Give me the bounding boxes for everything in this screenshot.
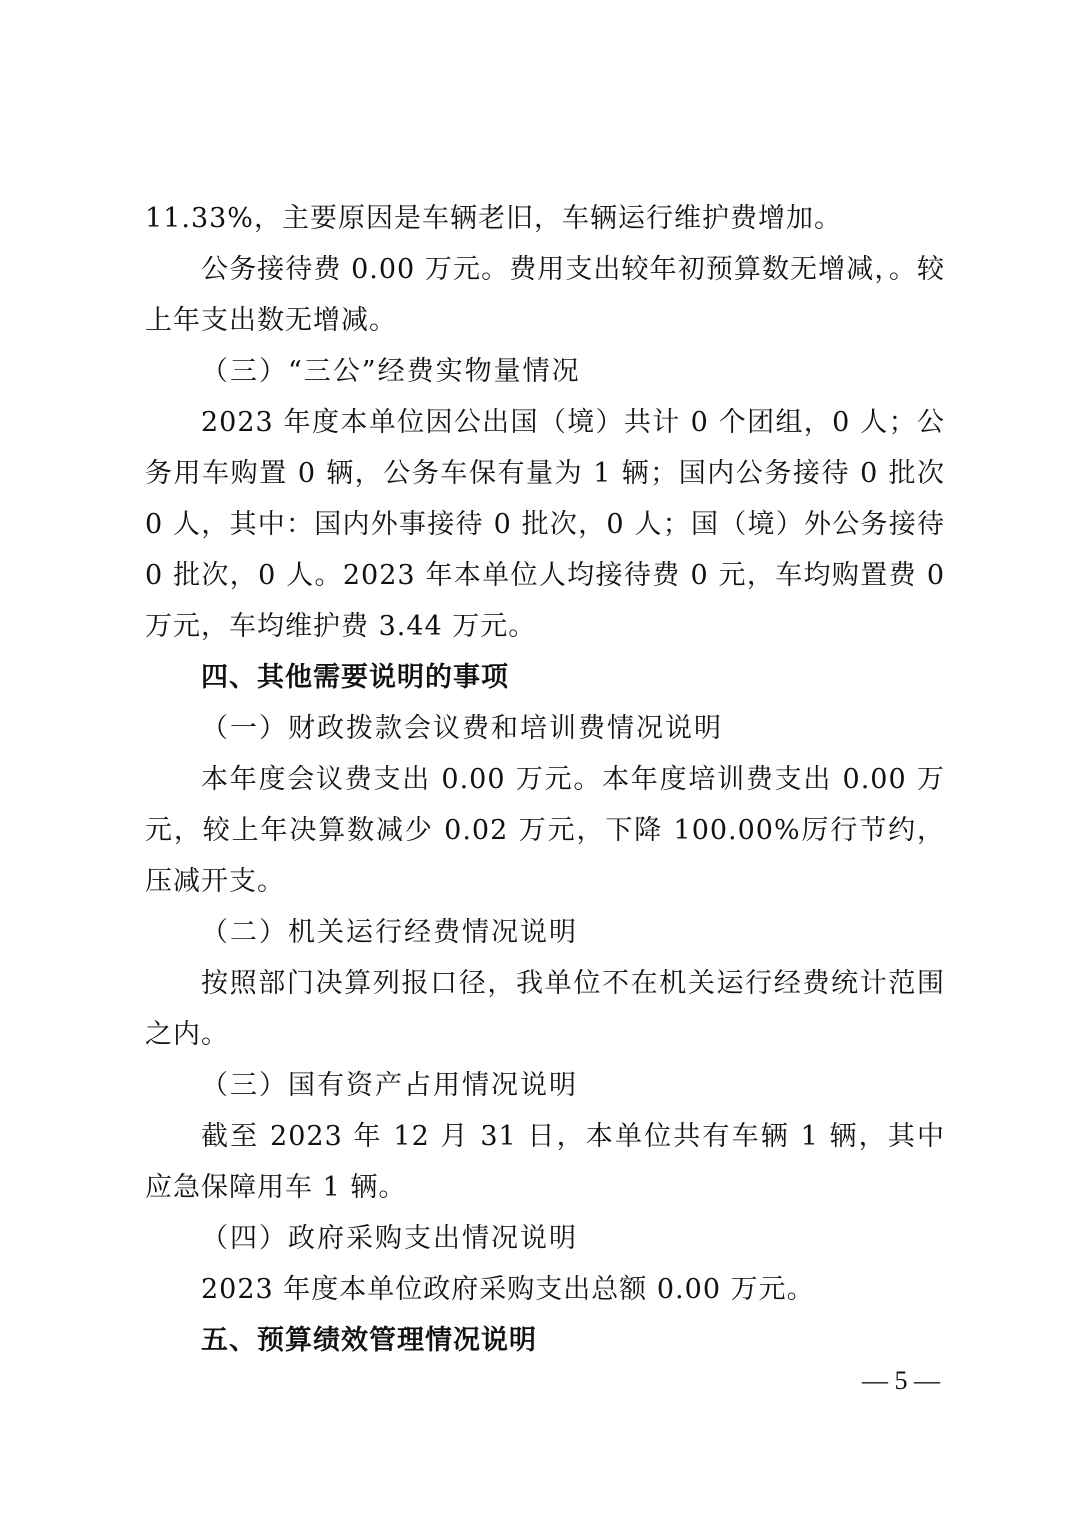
subheading-meeting-training: （一）财政拨款会议费和培训费情况说明: [145, 703, 945, 754]
body-paragraph-operating-funds: 按照部门决算列报口径，我单位不在机关运行经费统计范围之内。: [145, 958, 945, 1060]
body-paragraph-physical-quantity: 2023 年度本单位因公出国（境）共计 0 个团组，0 人；公务用车购置 0 辆…: [145, 397, 945, 652]
document-page: 11.33%，主要原因是车辆老旧，车辆运行维护费增加。 公务接待费 0.00 万…: [0, 0, 1074, 1520]
body-paragraph-reception-cost: 公务接待费 0.00 万元。费用支出较年初预算数无增减，。较上年支出数无增减。: [145, 244, 945, 346]
body-paragraph-meeting-training: 本年度会议费支出 0.00 万元。本年度培训费支出 0.00 万元，较上年决算数…: [145, 754, 945, 907]
subheading-state-assets: （三）国有资产占用情况说明: [145, 1060, 945, 1111]
subheading-operating-funds: （二）机关运行经费情况说明: [145, 907, 945, 958]
body-paragraph-government-procurement: 2023 年度本单位政府采购支出总额 0.00 万元。: [145, 1264, 945, 1315]
body-paragraph-vehicle-cost-reason: 11.33%，主要原因是车辆老旧，车辆运行维护费增加。: [145, 193, 945, 244]
body-paragraph-state-assets: 截至 2023 年 12 月 31 日，本单位共有车辆 1 辆，其中应急保障用车…: [145, 1111, 945, 1213]
heading-other-matters: 四、其他需要说明的事项: [145, 652, 945, 703]
page-number: — 5 —: [862, 1366, 940, 1396]
heading-performance-management: 五、预算绩效管理情况说明: [145, 1315, 945, 1366]
subheading-government-procurement: （四）政府采购支出情况说明: [145, 1213, 945, 1264]
subheading-three-public-physical: （三）“三公”经费实物量情况: [145, 346, 945, 397]
document-body: 11.33%，主要原因是车辆老旧，车辆运行维护费增加。 公务接待费 0.00 万…: [145, 193, 945, 1366]
